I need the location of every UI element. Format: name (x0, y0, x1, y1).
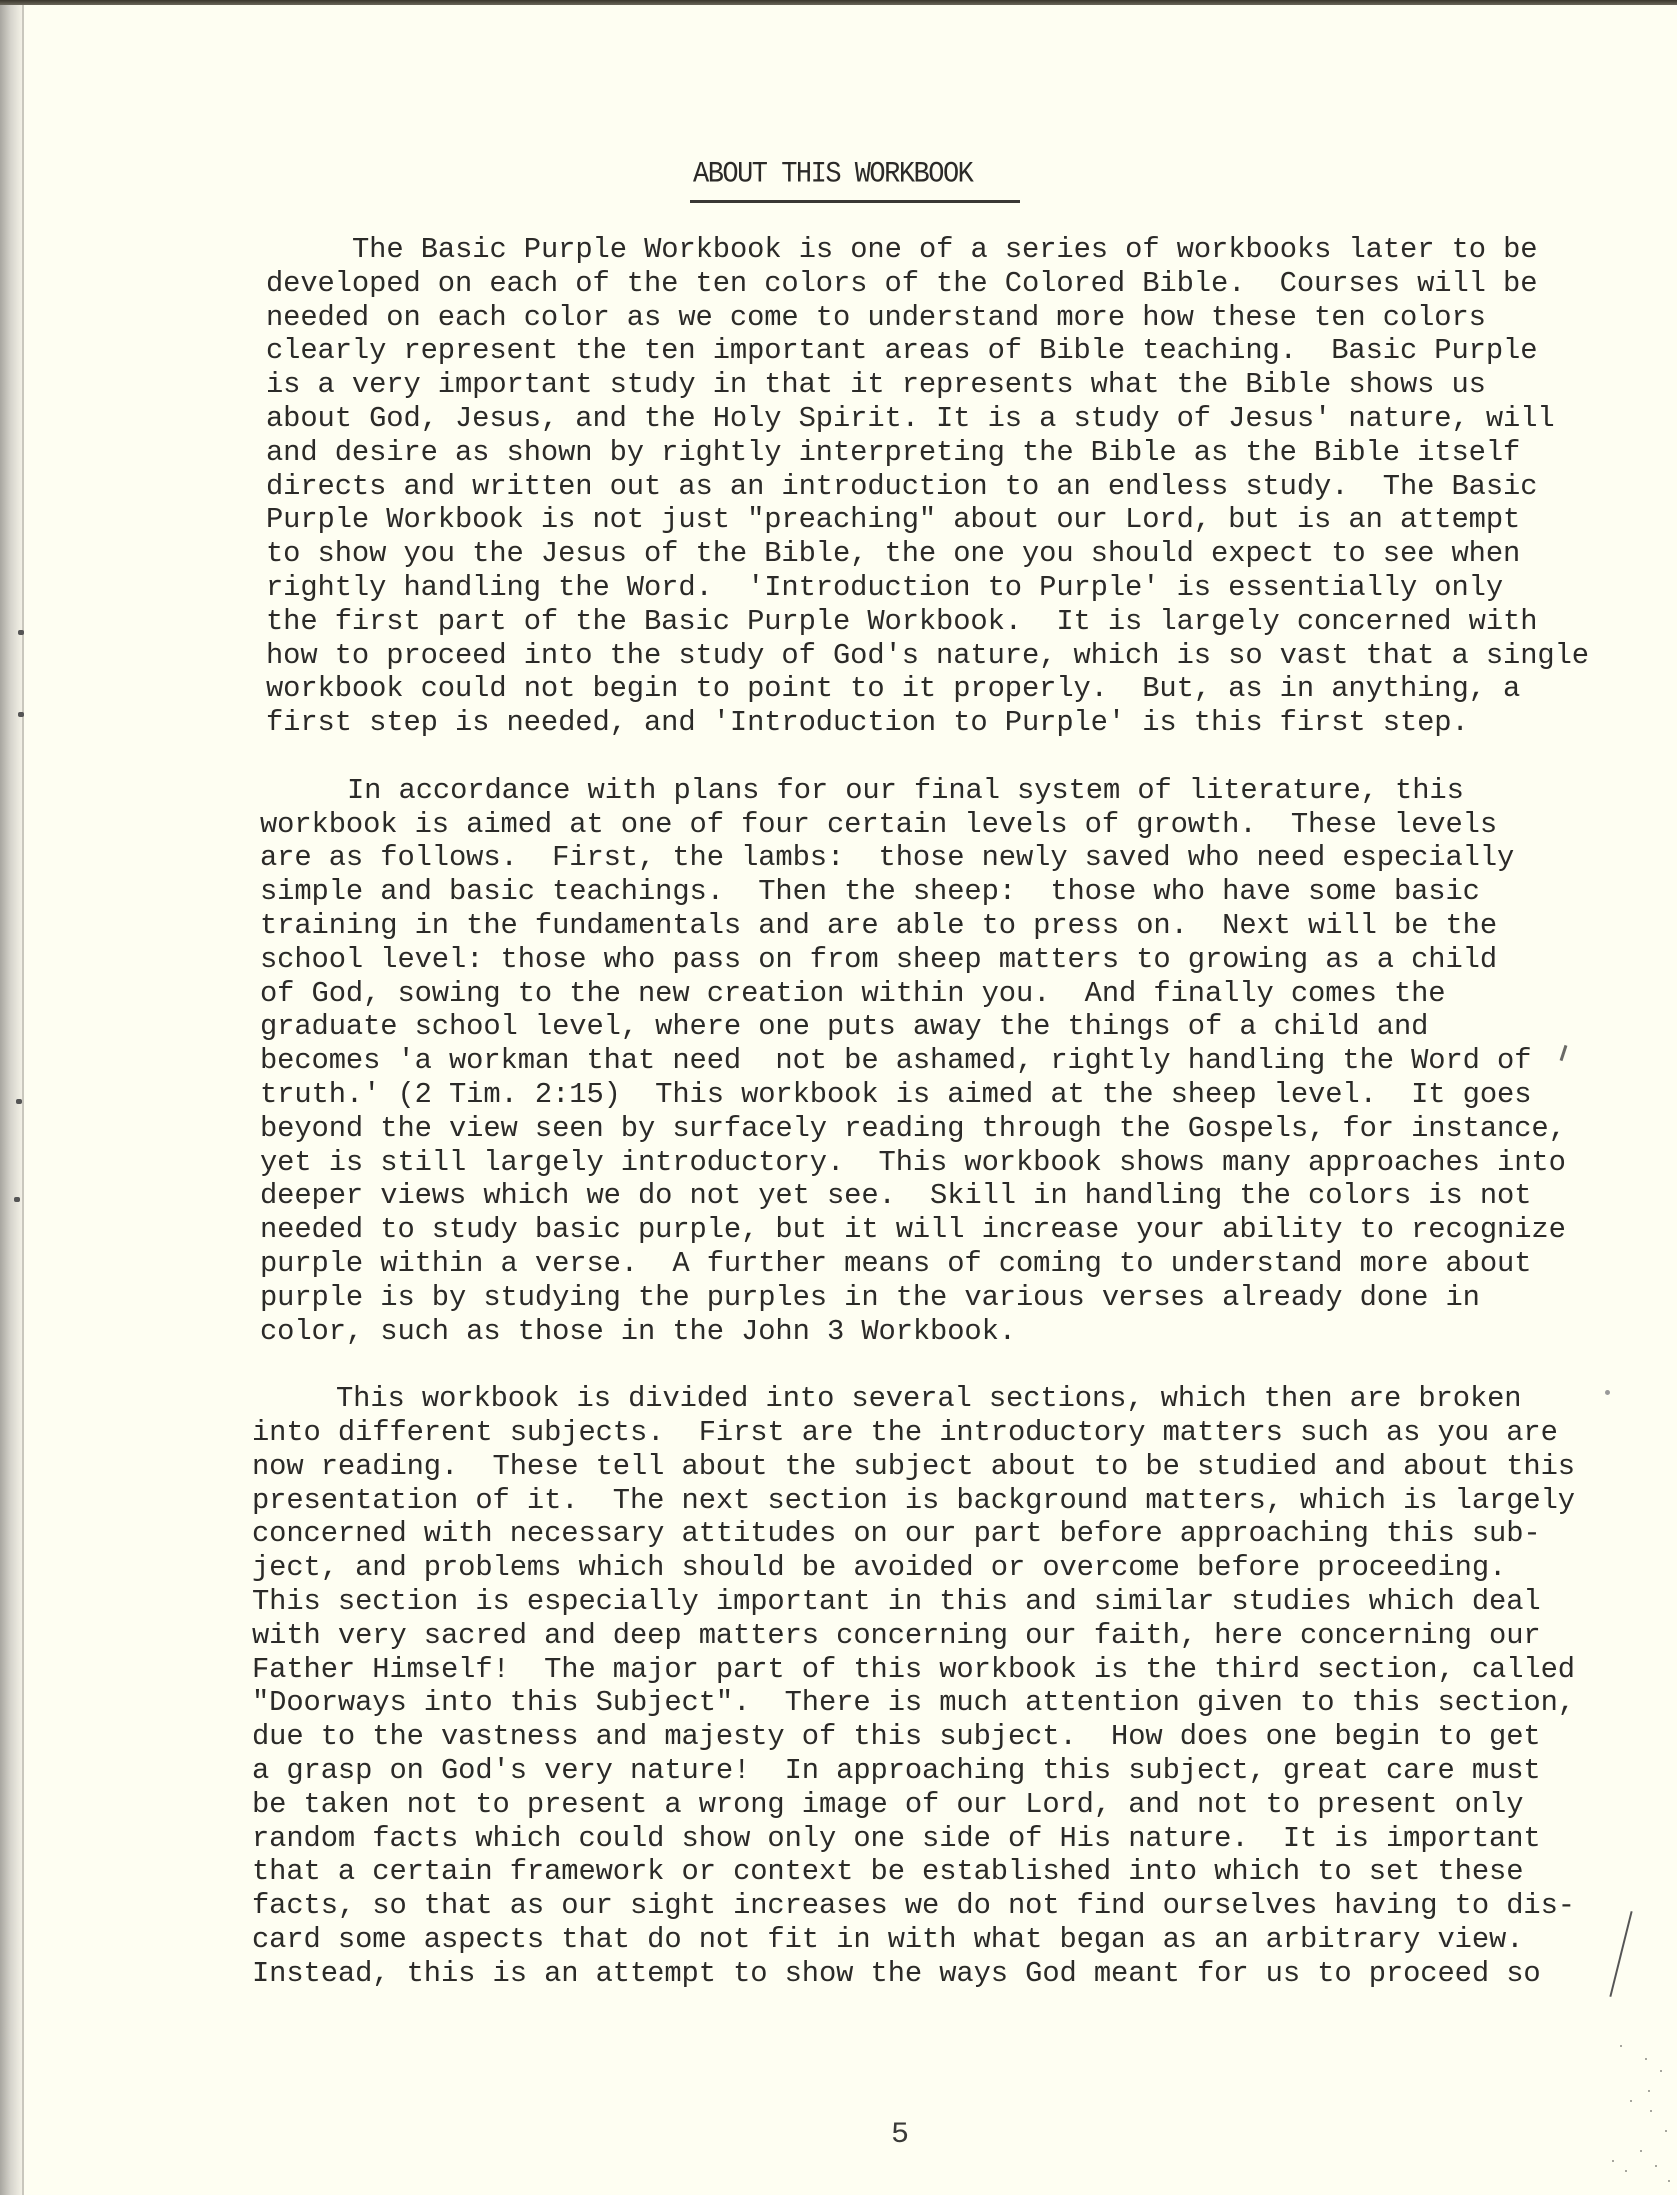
speckle (1665, 2130, 1667, 2132)
paragraph-line: beyond the view seen by surfacely readin… (260, 1115, 1566, 1144)
paragraph-line: color, such as those in the John 3 Workb… (260, 1318, 1016, 1347)
paragraph-line: "Doorways into this Subject". There is m… (252, 1689, 1575, 1718)
paragraph-line: a grasp on God's very nature! In approac… (252, 1757, 1541, 1786)
speckle (1668, 2180, 1670, 2182)
paragraph-line: training in the fundamentals and are abl… (260, 912, 1497, 941)
page-title: ABOUT THIS WORKBOOK (693, 159, 972, 191)
paragraph-line: into different subjects. First are the i… (252, 1419, 1558, 1448)
speckle (1612, 2160, 1614, 2162)
paragraph-line: facts, so that as our sight increases we… (252, 1892, 1575, 1921)
stray-pencil-line (1609, 1911, 1632, 1997)
paragraph-line: with very sacred and deep matters concer… (252, 1622, 1541, 1651)
paragraph-line: clearly represent the ten important area… (266, 337, 1537, 366)
stray-spot (1605, 1390, 1610, 1395)
document-page: ABOUT THIS WORKBOOK The Basic Purple Wor… (0, 0, 1677, 2195)
speckle (1625, 2170, 1627, 2172)
speckle (1648, 2090, 1650, 2092)
paragraph-line: random facts which could show only one s… (252, 1825, 1541, 1854)
paragraph-line: school level: those who pass on from she… (260, 946, 1497, 975)
paragraph-line: Father Himself! The major part of this w… (252, 1656, 1575, 1685)
paragraph-line: rightly handling the Word. 'Introduction… (266, 574, 1503, 603)
paragraph-line: Purple Workbook is not just "preaching" … (266, 506, 1520, 535)
paragraph-line: are as follows. First, the lambs: those … (260, 844, 1514, 873)
speckle (1620, 2045, 1622, 2047)
paragraph-line: ject, and problems which should be avoid… (252, 1554, 1506, 1583)
paragraph-line: needed to study basic purple, but it wil… (260, 1216, 1566, 1245)
paragraph-line: the first part of the Basic Purple Workb… (266, 608, 1537, 637)
title-underline (690, 200, 1020, 203)
paragraph-first-line: The Basic Purple Workbook is one of a se… (352, 236, 1538, 265)
paragraph-line: Instead, this is an attempt to show the … (252, 1960, 1541, 1989)
paragraph-line: yet is still largely introductory. This … (260, 1149, 1566, 1178)
speckle (1660, 2070, 1662, 2072)
paragraph-line: graduate school level, where one puts aw… (260, 1013, 1428, 1042)
paragraph-line: purple within a verse. A further means o… (260, 1250, 1531, 1279)
speckle (1630, 2100, 1632, 2102)
paragraph-line: first step is needed, and 'Introduction … (266, 709, 1469, 738)
paragraph-line: is a very important study in that it rep… (266, 371, 1486, 400)
paragraph-line: workbook could not begin to point to it … (266, 675, 1520, 704)
speckle (1645, 2058, 1647, 2060)
paragraph-line: that a certain framework or context be e… (252, 1858, 1523, 1887)
speckle (1655, 2165, 1657, 2167)
paragraph-line: purple is by studying the purples in the… (260, 1284, 1480, 1313)
paragraph-line: be taken not to present a wrong image of… (252, 1791, 1523, 1820)
paragraph-line: about God, Jesus, and the Holy Spirit. I… (266, 405, 1555, 434)
paragraph-first-line: In accordance with plans for our final s… (347, 777, 1464, 806)
paragraph-line: how to proceed into the study of God's n… (266, 642, 1589, 671)
speckle (1650, 2110, 1652, 2112)
paragraph-first-line: This workbook is divided into several se… (336, 1385, 1522, 1414)
stray-ink-mark (1560, 1045, 1568, 1061)
paragraph-line: of God, sowing to the new creation withi… (260, 980, 1446, 1009)
paragraph-line: and desire as shown by rightly interpret… (266, 439, 1520, 468)
paragraph-line: developed on each of the ten colors of t… (266, 270, 1537, 299)
paragraph-line: simple and basic teachings. Then the she… (260, 878, 1480, 907)
paragraph-line: now reading. These tell about the subjec… (252, 1453, 1575, 1482)
paragraph-line: truth.' (2 Tim. 2:15) This workbook is a… (260, 1081, 1531, 1110)
paragraph-line: concerned with necessary attitudes on ou… (252, 1520, 1541, 1549)
paragraph-line: directs and written out as an introducti… (266, 473, 1537, 502)
paragraph-line: needed on each color as we come to under… (266, 304, 1486, 333)
paragraph-line: due to the vastness and majesty of this … (252, 1723, 1541, 1752)
paragraph-line: to show you the Jesus of the Bible, the … (266, 540, 1520, 569)
speckle (1640, 2150, 1642, 2152)
paragraph-line: becomes 'a workman that need not be asha… (260, 1047, 1531, 1076)
paragraph-line: presentation of it. The next section is … (252, 1487, 1575, 1516)
paragraph-line: This section is especially important in … (252, 1588, 1541, 1617)
paragraph-line: deeper views which we do not yet see. Sk… (260, 1182, 1531, 1211)
paragraph-line: workbook is aimed at one of four certain… (260, 811, 1497, 840)
page-number: 5 (891, 2118, 909, 2152)
paragraph-line: card some aspects that do not fit in wit… (252, 1926, 1523, 1955)
